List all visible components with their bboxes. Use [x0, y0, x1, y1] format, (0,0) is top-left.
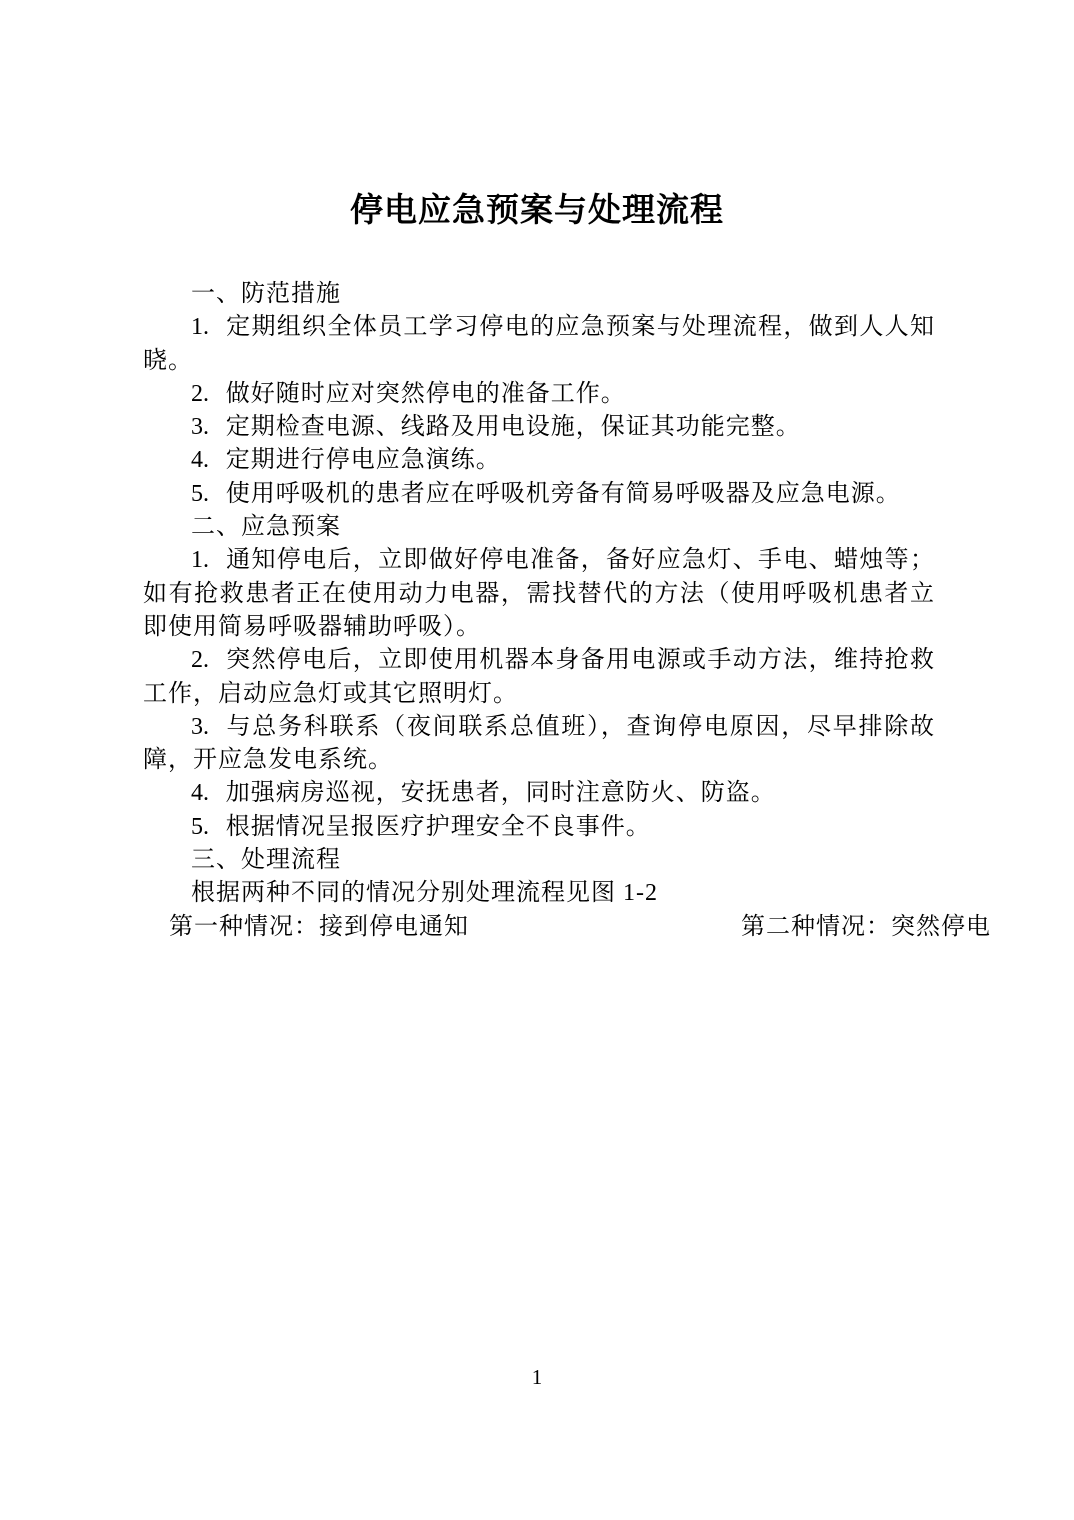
item-text: 与总务科联系（夜间联系总值班），查询停电原因，尽早排除故障，开应急发电系统。: [143, 714, 935, 773]
numbered-item: 2.突然停电后，立即使用机器本身备用电源或手动方法，维持抢救工作，启动应急灯或其…: [143, 644, 935, 711]
item-text: 定期进行停电应急演练。: [226, 447, 501, 473]
item-text: 突然停电后，立即使用机器本身备用电源或手动方法，维持抢救工作，启动应急灯或其它照…: [143, 647, 935, 706]
numbered-item: 3.与总务科联系（夜间联系总值班），查询停电原因，尽早排除故障，开应急发电系统。: [143, 711, 935, 778]
document-body: 一、防范措施1.定期组织全体员工学习停电的应急预案与处理流程，做到人人知晓。2.…: [143, 278, 935, 944]
line-text: 三、处理流程: [191, 847, 341, 873]
line-text: 二、应急预案: [191, 514, 341, 540]
item-text: 定期检查电源、线路及用电设施，保证其功能完整。: [226, 414, 801, 440]
scenario-left: 第一种情况：接到停电通知: [169, 911, 469, 944]
numbered-item: 2.做好随时应对突然停电的准备工作。: [143, 378, 935, 411]
numbered-item: 1.通知停电后，立即做好停电准备，备好应急灯、手电、蜡烛等；如有抢救患者正在使用…: [143, 544, 935, 644]
document-title: 停电应急预案与处理流程: [0, 190, 1074, 232]
item-text: 加强病房巡视，安抚患者，同时注意防火、防盗。: [226, 780, 776, 806]
numbered-item: 4.加强病房巡视，安抚患者，同时注意防火、防盗。: [143, 777, 935, 810]
numbered-item: 5.使用呼吸机的患者应在呼吸机旁备有简易呼吸器及应急电源。: [143, 478, 935, 511]
line-text: 根据两种不同的情况分别处理流程见图 1-2: [191, 880, 658, 906]
item-text: 定期组织全体员工学习停电的应急预案与处理流程，做到人人知晓。: [143, 314, 935, 373]
item-number: 5.: [191, 478, 226, 511]
lead-line: 根据两种不同的情况分别处理流程见图 1-2: [143, 877, 935, 910]
section-heading: 三、处理流程: [143, 844, 935, 877]
item-number: 5.: [191, 811, 226, 844]
item-number: 2.: [191, 644, 226, 677]
item-number: 1.: [191, 544, 226, 577]
item-text: 使用呼吸机的患者应在呼吸机旁备有简易呼吸器及应急电源。: [226, 481, 901, 507]
item-number: 4.: [191, 777, 226, 810]
item-text: 做好随时应对突然停电的准备工作。: [226, 381, 626, 407]
page-number: 1: [0, 1364, 1074, 1390]
item-text: 根据情况呈报医疗护理安全不良事件。: [226, 814, 651, 840]
item-text: 通知停电后，立即做好停电准备，备好应急灯、手电、蜡烛等；如有抢救患者正在使用动力…: [143, 547, 935, 640]
section-heading: 二、应急预案: [143, 511, 935, 544]
scenario-right: 第二种情况：突然停电: [741, 911, 991, 944]
numbered-item: 1.定期组织全体员工学习停电的应急预案与处理流程，做到人人知晓。: [143, 311, 935, 378]
numbered-item: 5.根据情况呈报医疗护理安全不良事件。: [143, 811, 935, 844]
line-text: 一、防范措施: [191, 281, 341, 307]
item-number: 3.: [191, 711, 226, 744]
section-heading: 一、防范措施: [143, 278, 935, 311]
document-page: 停电应急预案与处理流程 一、防范措施1.定期组织全体员工学习停电的应急预案与处理…: [0, 0, 1074, 1520]
numbered-item: 4.定期进行停电应急演练。: [143, 444, 935, 477]
numbered-item: 3.定期检查电源、线路及用电设施，保证其功能完整。: [143, 411, 935, 444]
item-number: 3.: [191, 411, 226, 444]
item-number: 4.: [191, 444, 226, 477]
item-number: 1.: [191, 311, 226, 344]
item-number: 2.: [191, 378, 226, 411]
scenario-row: 第一种情况：接到停电通知第二种情况：突然停电: [143, 911, 991, 944]
